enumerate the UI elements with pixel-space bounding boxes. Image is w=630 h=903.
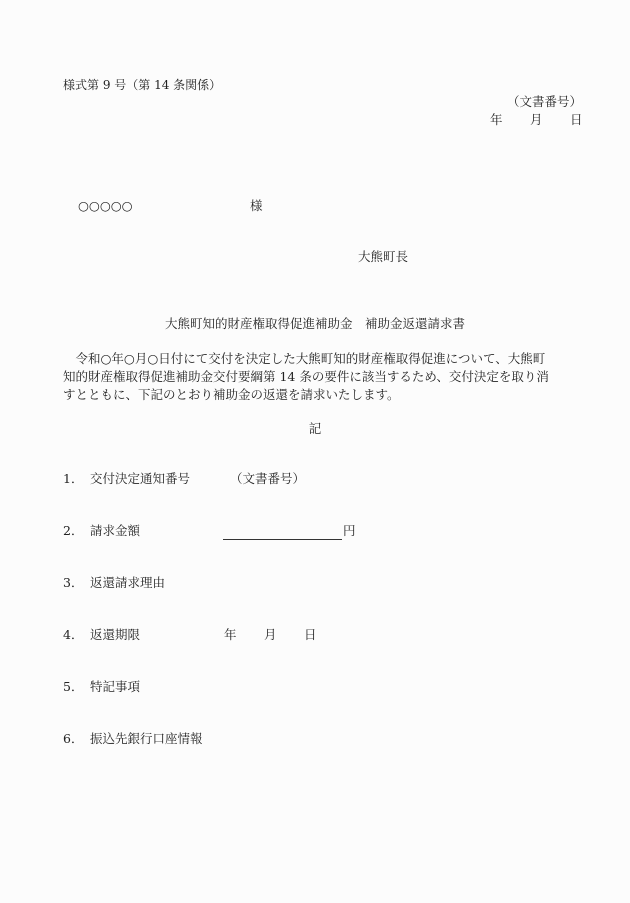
body-line: 令和○年○月○日付にて交付を決定した大熊町知的財産権取得促進について、大熊町 (63, 350, 583, 368)
issue-date-day: 日 (570, 114, 583, 127)
item-number: 3． (63, 577, 90, 590)
item-bank-account: 6．振込先銀行口座情報 (63, 733, 203, 746)
body-line: すとともに、下記のとおり補助金の返還を請求いたします。 (63, 386, 583, 404)
item-return-reason: 3．返還請求理由 (63, 577, 165, 590)
amount-blank-line (223, 539, 342, 540)
issue-date-month: 月 (530, 114, 543, 127)
deadline-month: 月 (264, 629, 277, 642)
item-number: 1． (63, 473, 90, 486)
item-number: 4． (63, 629, 90, 642)
item-return-deadline: 4．返還期限 (63, 629, 140, 642)
item-special-notes: 5．特記事項 (63, 681, 140, 694)
yen-unit: 円 (343, 525, 356, 538)
deadline-day: 日 (304, 629, 317, 642)
form-number: 様式第 9 号（第 14 条関係） (63, 79, 221, 91)
item-notice-number: 1．交付決定通知番号 (63, 473, 190, 486)
body-paragraph: 令和○年○月○日付にて交付を決定した大熊町知的財産権取得促進について、大熊町 知… (63, 350, 583, 404)
item-label: 返還期限 (90, 627, 140, 642)
sender-name: 大熊町長 (358, 251, 408, 264)
item-number: 2． (63, 525, 90, 538)
document-number: （文書番号） (507, 96, 582, 109)
document-title: 大熊町知的財産権取得促進補助金 補助金返還請求書 (0, 318, 630, 331)
item-label: 特記事項 (90, 679, 140, 694)
deadline-year: 年 (224, 629, 237, 642)
issue-date-year: 年 (490, 114, 503, 127)
addressee-honorific: 様 (250, 200, 263, 213)
body-line: 知的財産権取得促進補助金交付要綱第 14 条の要件に該当するため、交付決定を取り… (63, 368, 583, 386)
item-label: 返還請求理由 (90, 575, 165, 590)
item-label: 交付決定通知番号 (90, 471, 190, 486)
item-label: 請求金額 (90, 523, 140, 538)
item-number: 6． (63, 733, 90, 746)
item-number: 5． (63, 681, 90, 694)
ki-heading: 記 (0, 423, 630, 436)
item-label: 振込先銀行口座情報 (90, 731, 203, 746)
item-request-amount: 2．請求金額 (63, 525, 140, 538)
addressee-name: ○○○○○ (78, 200, 133, 213)
notice-number-value: （文書番号） (230, 473, 305, 486)
